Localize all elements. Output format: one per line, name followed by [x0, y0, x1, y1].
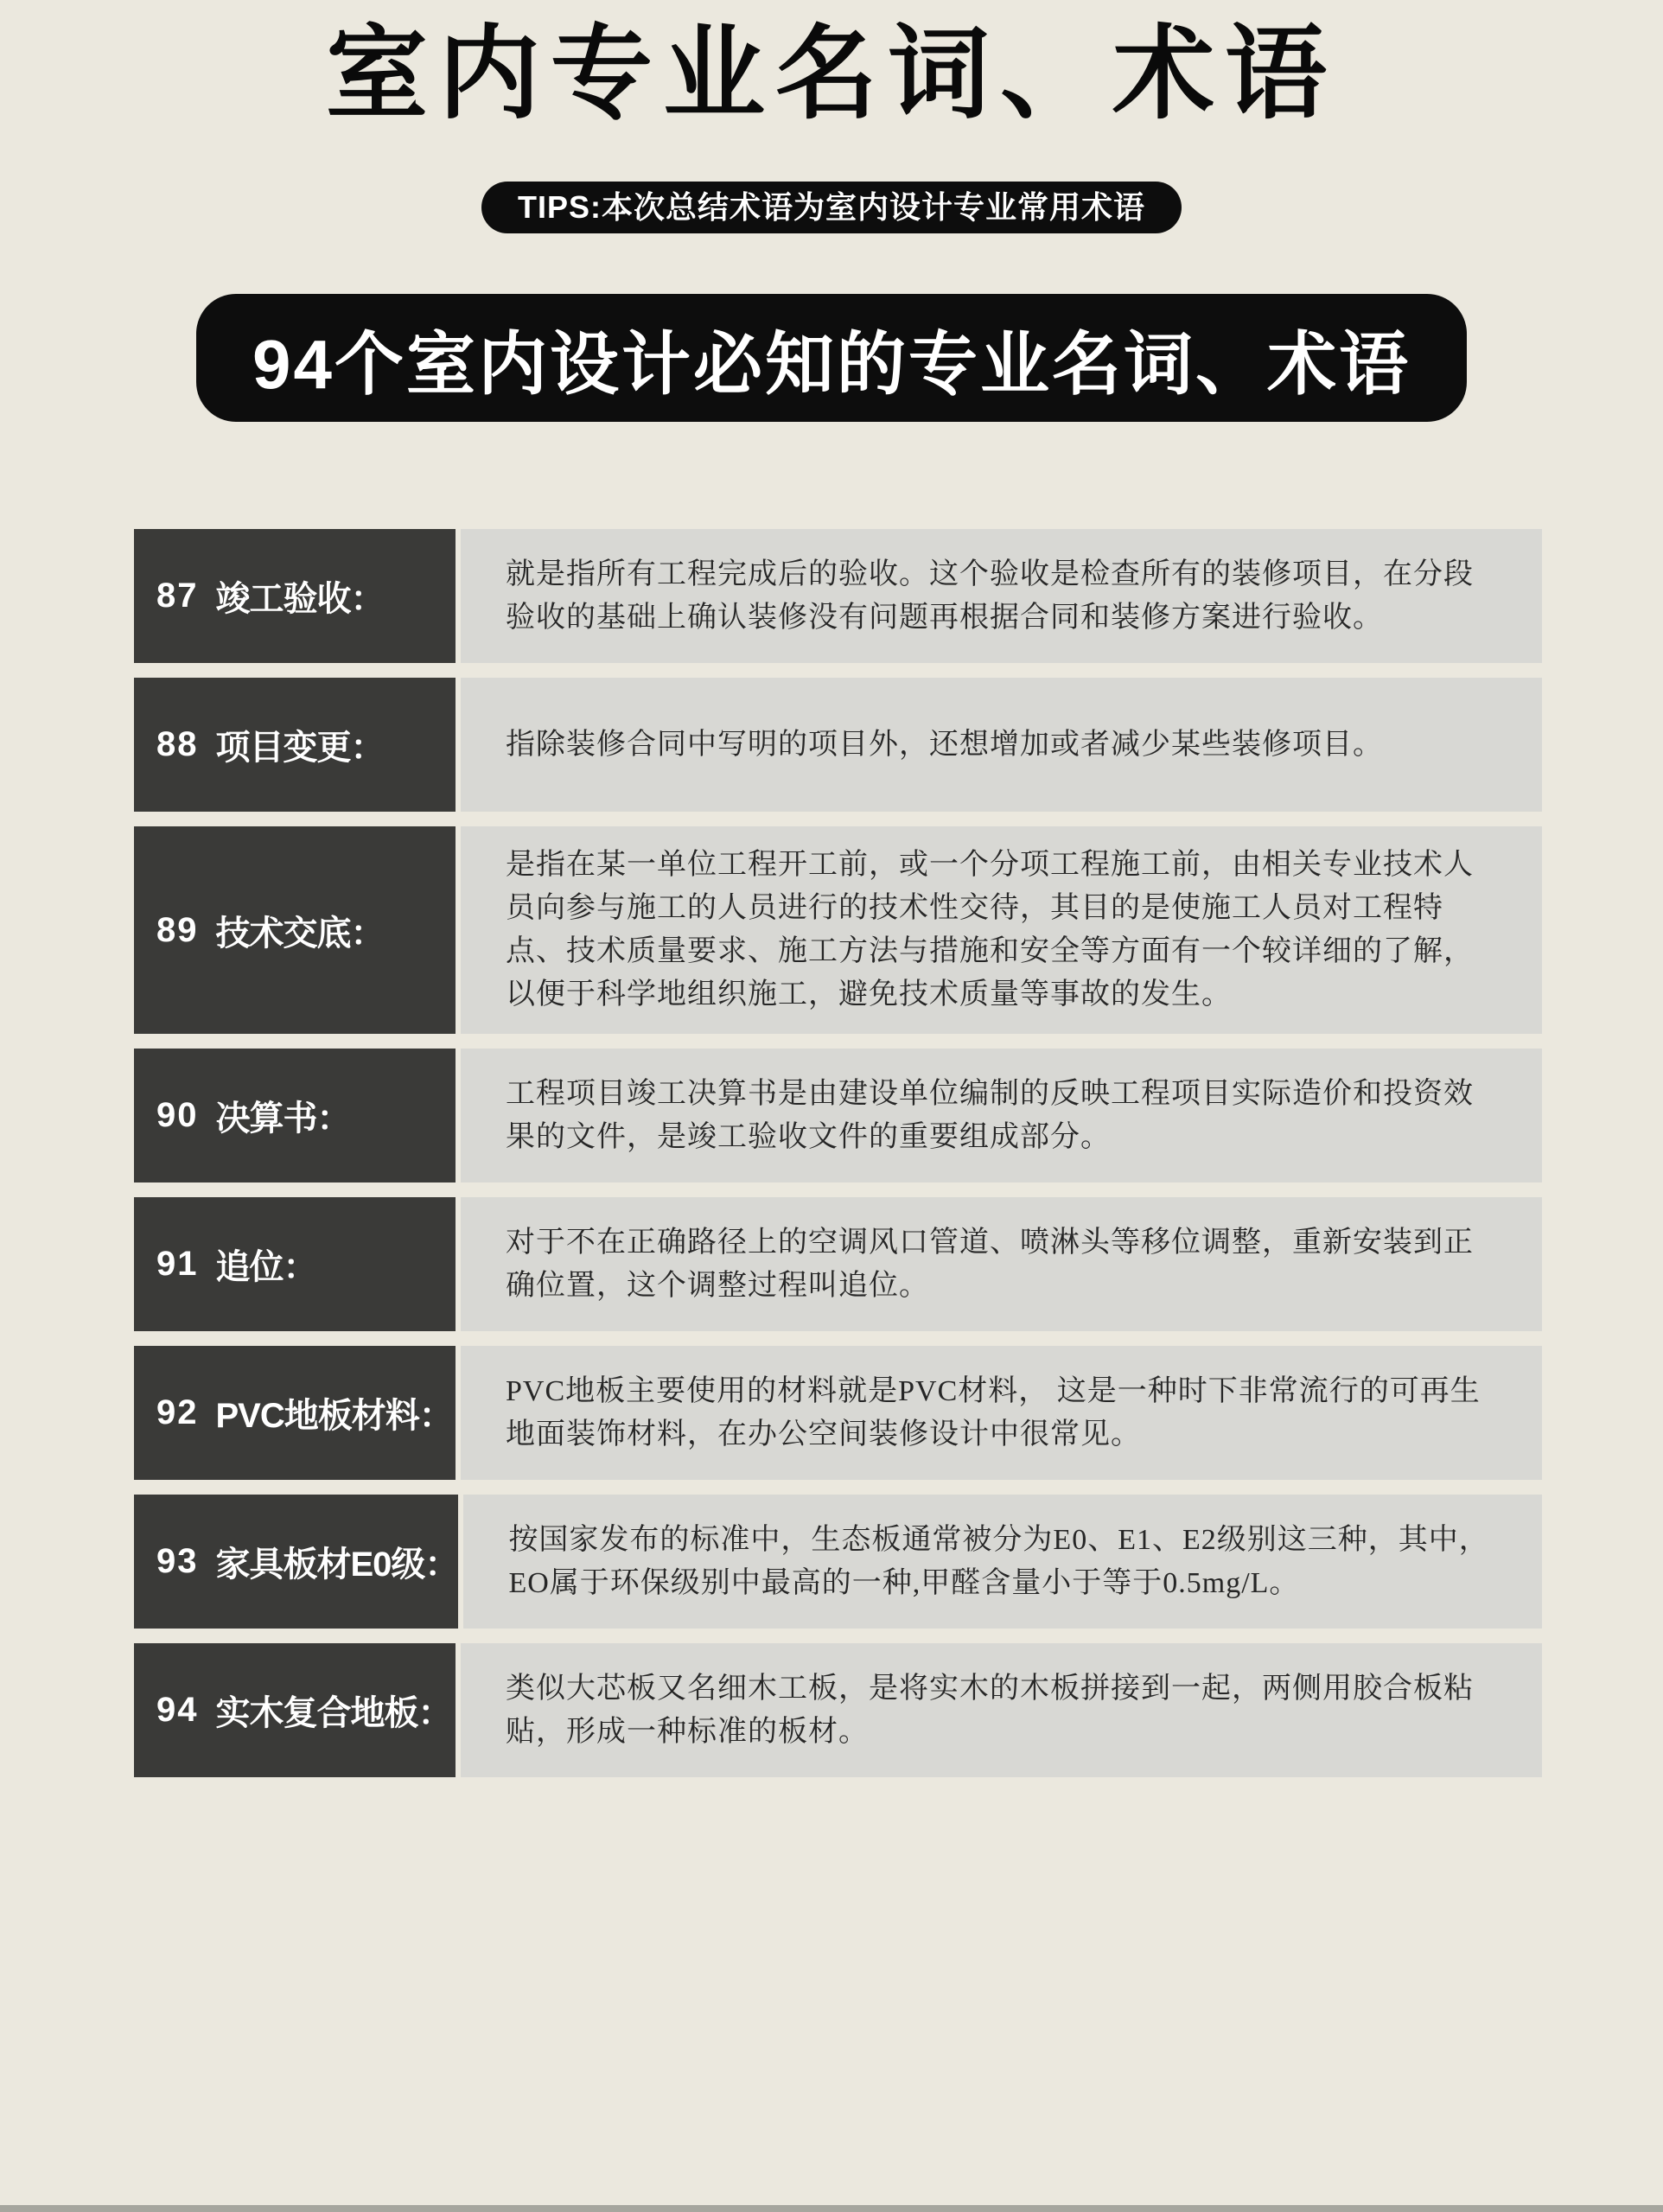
term-row: 88 项目变更： 指除装修合同中写明的项目外，还想增加或者减少某些装修项目。: [134, 678, 1542, 812]
term-label-box: 87 竣工验收：: [134, 529, 456, 663]
term-description-box: PVC地板主要使用的材料就是PVC材料， 这是一种时下非常流行的可再生地面装饰材…: [461, 1346, 1542, 1480]
term-description: 指除装修合同中写明的项目外，还想增加或者减少某些装修项目。: [506, 724, 1383, 767]
term-number: 94: [156, 1691, 199, 1730]
term-number: 92: [156, 1393, 199, 1432]
term-label-box: 88 项目变更：: [134, 678, 456, 812]
term-description: 工程项目竣工决算书是由建设单位编制的反映工程项目实际造价和投资效果的文件，是竣工…: [506, 1073, 1503, 1159]
term-name: 竣工验收：: [216, 571, 385, 621]
bottom-edge-strip: [0, 2205, 1663, 2212]
term-row: 90 决算书： 工程项目竣工决算书是由建设单位编制的反映工程项目实际造价和投资效…: [134, 1049, 1542, 1182]
term-description: PVC地板主要使用的材料就是PVC材料， 这是一种时下非常流行的可再生地面装饰材…: [506, 1370, 1503, 1457]
term-name: 技术交底：: [216, 906, 385, 955]
term-name: 决算书：: [216, 1091, 351, 1140]
term-number: 87: [156, 577, 199, 615]
term-name: 家具板材E0级：: [216, 1537, 459, 1586]
terms-list: 87 竣工验收： 就是指所有工程完成后的验收。这个验收是检查所有的装修项目，在分…: [134, 529, 1542, 1777]
tips-badge: TIPS:本次总结术语为室内设计专业常用术语: [481, 182, 1182, 233]
term-label-box: 91 追位：: [134, 1197, 456, 1331]
term-number: 88: [156, 725, 199, 764]
poster-page: { "header": { "title": "室内专业名词、术语", "tip…: [0, 0, 1663, 2212]
term-name: PVC地板材料：: [216, 1388, 453, 1437]
term-row: 92 PVC地板材料： PVC地板主要使用的材料就是PVC材料， 这是一种时下非…: [134, 1346, 1542, 1480]
term-name: 实木复合地板：: [216, 1686, 452, 1735]
section-banner: 94个室内设计必知的专业名词、术语: [196, 294, 1467, 422]
term-row: 93 家具板材E0级： 按国家发布的标准中，生态板通常被分为E0、E1、E2级别…: [134, 1495, 1542, 1629]
term-description-box: 就是指所有工程完成后的验收。这个验收是检查所有的装修项目，在分段验收的基础上确认…: [461, 529, 1542, 663]
term-label-box: 90 决算书：: [134, 1049, 456, 1182]
term-description-box: 按国家发布的标准中，生态板通常被分为E0、E1、E2级别这三种，其中，EO属于环…: [463, 1495, 1542, 1629]
term-label-box: 94 实木复合地板：: [134, 1643, 456, 1777]
term-description: 对于不在正确路径上的空调风口管道、喷淋头等移位调整，重新安装到正确位置，这个调整…: [506, 1221, 1503, 1308]
term-name: 项目变更：: [216, 720, 385, 769]
term-description-box: 是指在某一单位工程开工前，或一个分项工程施工前，由相关专业技术人员向参与施工的人…: [461, 826, 1542, 1034]
term-row: 91 追位： 对于不在正确路径上的空调风口管道、喷淋头等移位调整，重新安装到正确…: [134, 1197, 1542, 1331]
term-number: 93: [156, 1542, 199, 1581]
term-number: 91: [156, 1245, 199, 1284]
term-name: 追位：: [216, 1240, 317, 1289]
term-number: 89: [156, 911, 199, 950]
term-row: 87 竣工验收： 就是指所有工程完成后的验收。这个验收是检查所有的装修项目，在分…: [134, 529, 1542, 663]
term-description: 就是指所有工程完成后的验收。这个验收是检查所有的装修项目，在分段验收的基础上确认…: [506, 553, 1503, 640]
term-description: 类似大芯板又名细木工板，是将实木的木板拼接到一起，两侧用胶合板粘贴，形成一种标准…: [506, 1667, 1503, 1754]
page-title: 室内专业名词、术语: [0, 17, 1663, 131]
term-description-box: 工程项目竣工决算书是由建设单位编制的反映工程项目实际造价和投资效果的文件，是竣工…: [461, 1049, 1542, 1182]
term-row: 89 技术交底： 是指在某一单位工程开工前，或一个分项工程施工前，由相关专业技术…: [134, 826, 1542, 1034]
term-description-box: 类似大芯板又名细木工板，是将实木的木板拼接到一起，两侧用胶合板粘贴，形成一种标准…: [461, 1643, 1542, 1777]
term-description-box: 对于不在正确路径上的空调风口管道、喷淋头等移位调整，重新安装到正确位置，这个调整…: [461, 1197, 1542, 1331]
term-label-box: 89 技术交底：: [134, 826, 456, 1034]
term-label-box: 93 家具板材E0级：: [134, 1495, 458, 1629]
term-number: 90: [156, 1096, 199, 1135]
term-label-box: 92 PVC地板材料：: [134, 1346, 456, 1480]
term-description: 是指在某一单位工程开工前，或一个分项工程施工前，由相关专业技术人员向参与施工的人…: [506, 844, 1503, 1017]
term-description-box: 指除装修合同中写明的项目外，还想增加或者减少某些装修项目。: [461, 678, 1542, 812]
term-row: 94 实木复合地板： 类似大芯板又名细木工板，是将实木的木板拼接到一起，两侧用胶…: [134, 1643, 1542, 1777]
term-description: 按国家发布的标准中，生态板通常被分为E0、E1、E2级别这三种，其中，EO属于环…: [508, 1519, 1503, 1605]
